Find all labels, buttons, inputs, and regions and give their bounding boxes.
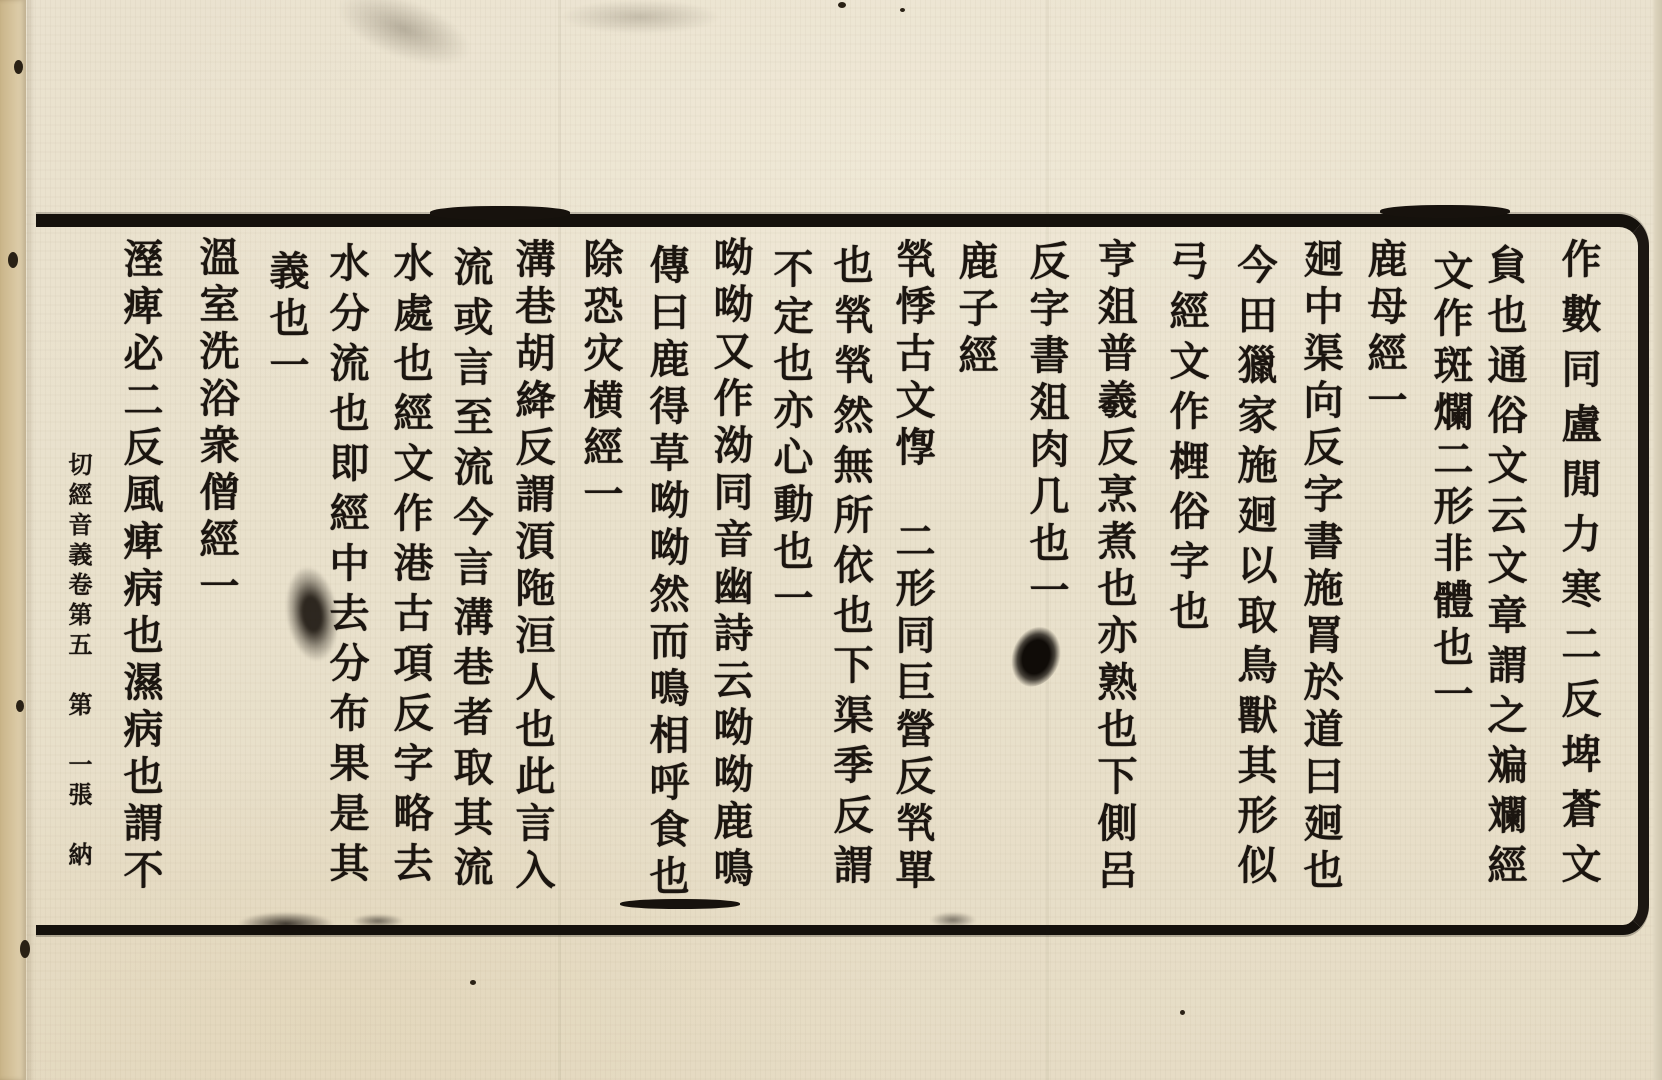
faint-offset-mark	[560, 0, 720, 34]
ink-speck	[20, 940, 30, 958]
ink-speck	[16, 700, 24, 712]
entry-column: 水處也經文作港古項反字略去	[386, 242, 434, 892]
border-ink-bump	[1380, 205, 1510, 218]
entry-column: 反字書爼肉几也一	[1022, 240, 1070, 616]
entry-column: 呦呦又作泑同音幽詩云呦呦鹿鳴	[706, 236, 754, 894]
entry-column: 文作斑爛二形非體也一	[1426, 250, 1474, 720]
entry-column: 作數同盧閒力寒二反埤蒼文	[1554, 238, 1602, 898]
entry-column: 貟也通俗文云文章謂之斒斕經	[1480, 244, 1528, 894]
entry-column: 義也一	[262, 250, 310, 391]
entry-column: 㢠中渠向反字書施罥於道曰㢠也	[1296, 238, 1344, 896]
entry-column: 溼痺必二反風痺病也濕病也謂不	[116, 238, 164, 896]
ink-speck	[1180, 1010, 1185, 1015]
colophon-column: 切經音義卷第五 第𠦜一張 納	[62, 452, 94, 872]
entry-column: 水分流也即經中去分布果是其	[322, 242, 370, 892]
sutra-title-column: 除恐灾横經一	[576, 238, 624, 520]
entry-column: 溝巷胡絳反謂湏陁洹人也此言入	[508, 238, 556, 896]
entry-column: 流或言至流今言溝巷者取其流	[446, 246, 494, 896]
border-ink-bump	[430, 206, 570, 220]
ink-speck	[14, 60, 23, 74]
binding-edge	[0, 0, 26, 1080]
faint-offset-mark	[328, 0, 479, 80]
entry-column: 不定也亦心動也一	[766, 248, 814, 624]
ink-speck	[470, 980, 476, 985]
entry-column: 亨爼普羲反烹煮也亦熟也下側呂	[1090, 238, 1138, 896]
binding-crease	[27, 0, 35, 1080]
ink-speck	[838, 2, 846, 8]
entry-column: 今田獵家施㢠以取鳥獸其形似	[1230, 244, 1278, 894]
sutra-title-column: 鹿母經一	[1360, 238, 1408, 426]
sutra-title-column: 鹿子經	[951, 240, 999, 381]
entry-column: 傳曰鹿得草呦呦然而鳴相呼食也	[642, 244, 690, 902]
entry-column: 也㷀㷀然無所依也下渠季反謂	[826, 244, 874, 894]
ink-smudge-below-border	[238, 912, 334, 936]
ink-smudge-below-border	[352, 914, 404, 928]
entry-column: 㷀悸古文惸𢝆二形同巨營反㷀單	[888, 238, 936, 896]
entry-column: 弓經文作榸俗字也	[1162, 240, 1210, 640]
sutra-title-column: 溫室洗浴衆僧經一	[192, 236, 240, 612]
manuscript-page: 作數同盧閒力寒二反埤蒼文貟也通俗文云文章謂之斒斕經文作斑爛二形非體也一鹿母經一㢠…	[0, 0, 1662, 1080]
ink-smudge-below-border	[930, 912, 976, 928]
ink-speck	[900, 8, 905, 12]
page-right-edge	[1652, 0, 1662, 1080]
ink-speck	[8, 252, 18, 268]
